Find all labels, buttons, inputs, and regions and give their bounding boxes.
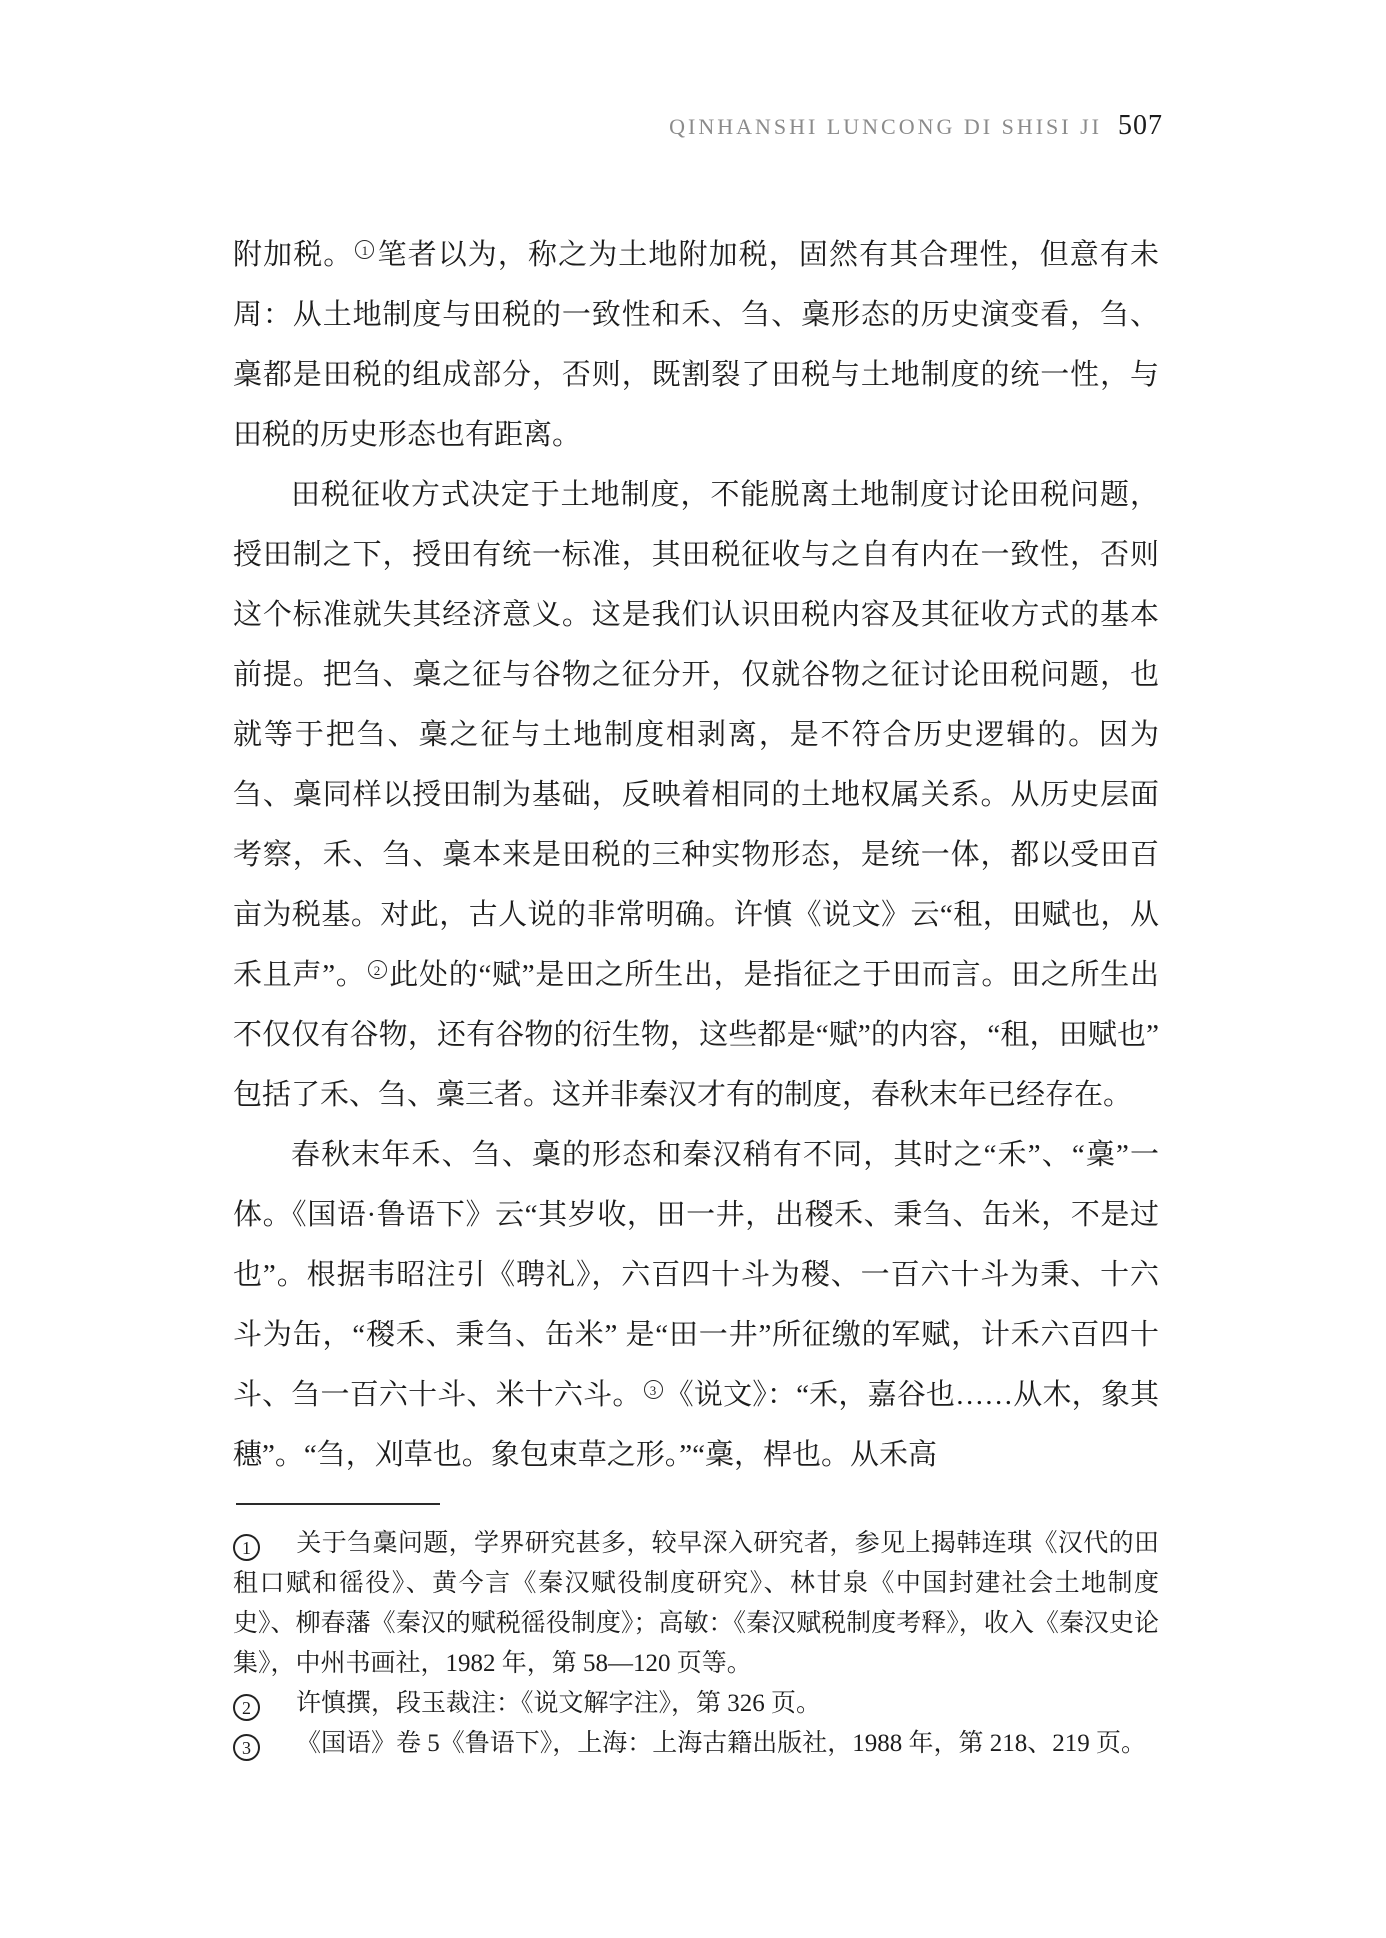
book-page: QINHANSHI LUNCONG DI SHISI JI 507 附加税。1笔… [0,0,1386,1938]
footnote-text: 许慎撰，段玉裁注：《说文解字注》，第 326 页。 [296,1690,821,1717]
footnote-item: 1关于刍稾问题，学界研究甚多，较早深入研究者，参见上揭韩连琪《汉代的田租口赋和徭… [233,1524,1159,1684]
footnote-ref: 2 [368,960,387,979]
body-text-run: 田税征收方式决定于土地制度，不能脱离土地制度讨论田税问题，授田制之下，授田有统一… [233,479,1159,991]
body-paragraph: 春秋末年禾、刍、稾的形态和秦汉稍有不同，其时之“禾”、“稾”一体。《国语·鲁语下… [233,1125,1159,1485]
footnote-marker: 1 [233,1534,260,1561]
footnotes-list: 1关于刍稾问题，学界研究甚多，较早深入研究者，参见上揭韩连琪《汉代的田租口赋和徭… [233,1524,1159,1764]
running-title: QINHANSHI LUNCONG DI SHISI JI [669,114,1102,139]
footnote-marker: 2 [233,1694,260,1721]
body-text: 附加税。1笔者以为，称之为土地附加税，固然有其合理性，但意有未周：从土地制度与田… [233,225,1159,1485]
footnote-text: 《国语》卷 5《鲁语下》，上海：上海古籍出版社，1988 年，第 218、219… [296,1730,1146,1757]
body-text-run: 附加税。 [233,239,353,271]
footnote-ref: 3 [644,1380,663,1399]
body-paragraph: 田税征收方式决定于土地制度，不能脱离土地制度讨论田税问题，授田制之下，授田有统一… [233,465,1159,1125]
body-text-run: 此处的“赋”是田之所生出，是指征之于田而言。田之所生出不仅仅有谷物，还有谷物的衍… [233,959,1159,1111]
footnote-item: 3《国语》卷 5《鲁语下》，上海：上海古籍出版社，1988 年，第 218、21… [233,1724,1159,1764]
footnote-marker: 3 [233,1734,260,1761]
running-head: QINHANSHI LUNCONG DI SHISI JI 507 [233,110,1163,142]
footnote-separator [236,1503,440,1505]
footnote-ref: 1 [355,240,374,259]
body-text-run: 笔者以为，称之为土地附加税，固然有其合理性，但意有未周：从土地制度与田税的一致性… [233,239,1159,451]
body-text-run: 春秋末年禾、刍、稾的形态和秦汉稍有不同，其时之“禾”、“稾”一体。《国语·鲁语下… [233,1139,1159,1411]
footnote-item: 2许慎撰，段玉裁注：《说文解字注》，第 326 页。 [233,1684,1159,1724]
body-paragraph: 附加税。1笔者以为，称之为土地附加税，固然有其合理性，但意有未周：从土地制度与田… [233,225,1159,465]
footnote-text: 关于刍稾问题，学界研究甚多，较早深入研究者，参见上揭韩连琪《汉代的田租口赋和徭役… [233,1530,1159,1677]
page-number: 507 [1118,110,1163,141]
